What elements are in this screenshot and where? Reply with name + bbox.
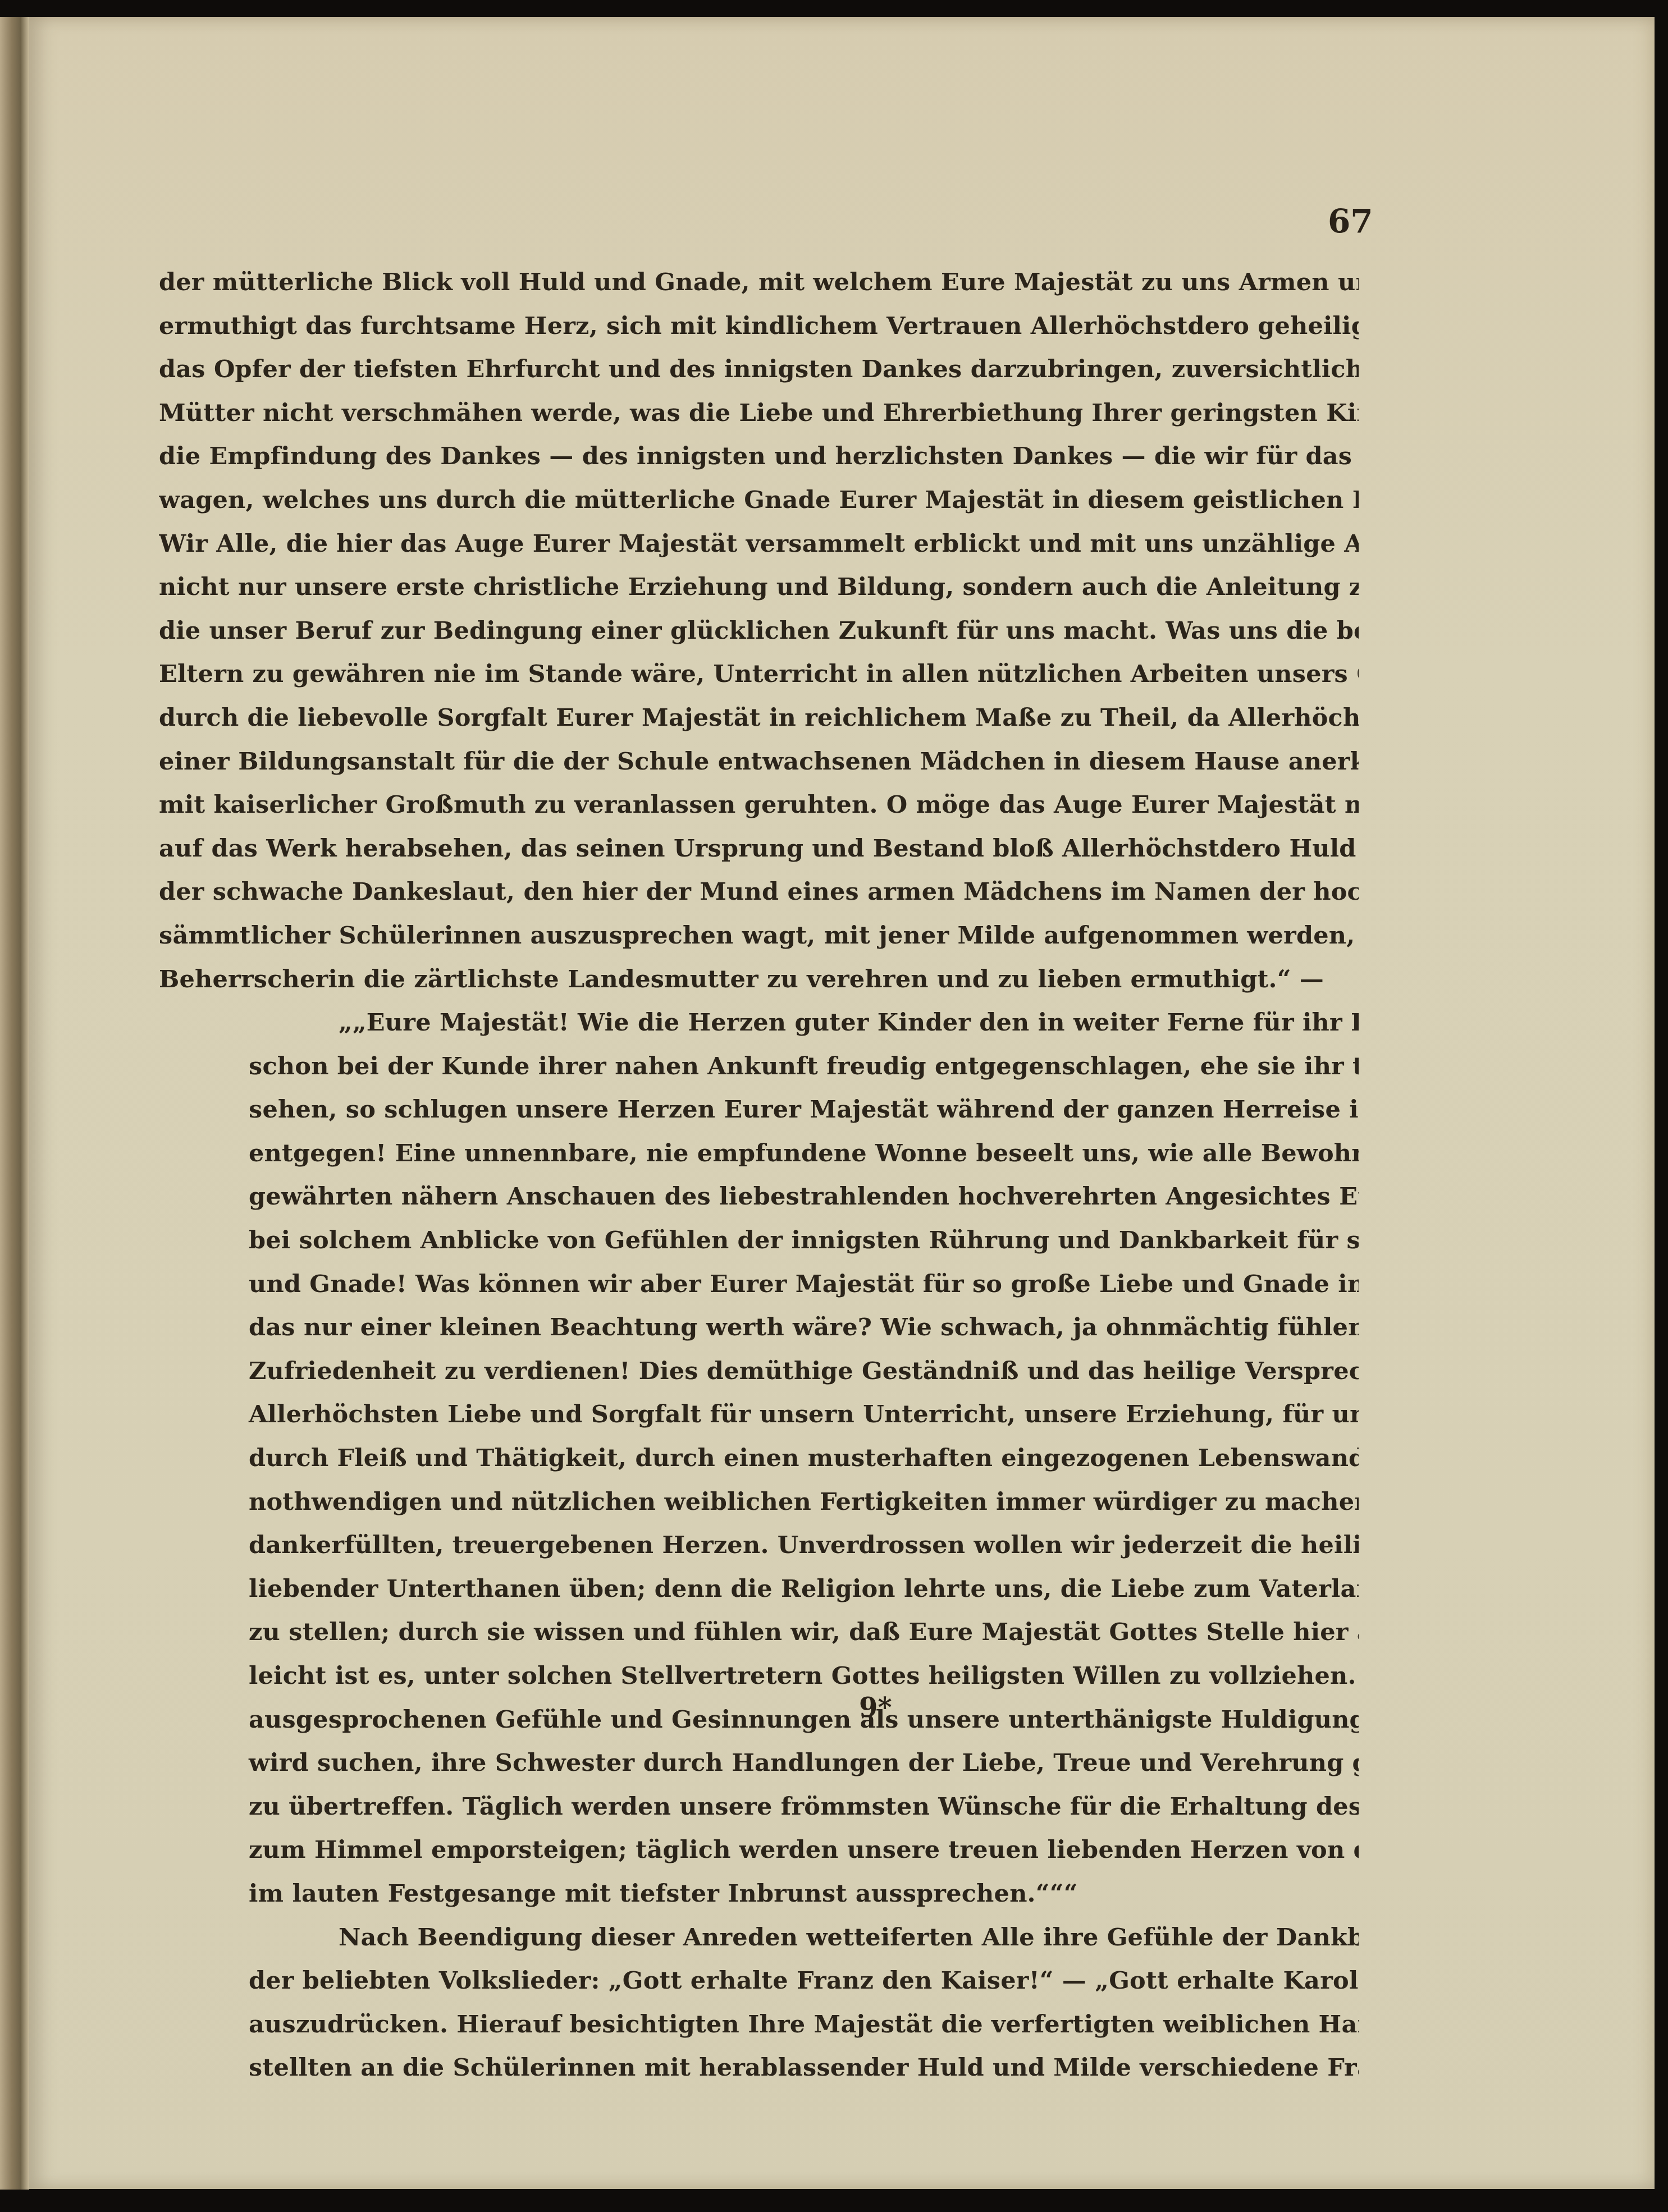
text-line: wird suchen, ihre Schwester durch Handlu… (159, 1742, 1359, 1785)
text-line: Nach Beendigung dieser Anreden wetteifer… (159, 1916, 1359, 1960)
text-line: Mütter nicht verschmähen werde, was die … (159, 392, 1359, 436)
text-line: der beliebten Volkslieder: „Gott erhalte… (159, 1959, 1359, 2003)
text-line: schon bei der Kunde ihrer nahen Ankunft … (159, 1045, 1359, 1089)
text-line: das nur einer kleinen Beachtung werth wä… (159, 1306, 1359, 1350)
text-line: gewährten nähern Anschauen des liebestra… (159, 1175, 1359, 1219)
body-text: der mütterliche Blick voll Huld und Gnad… (159, 261, 1359, 2090)
text-line: durch die liebevolle Sorgfalt Eurer Maje… (159, 697, 1359, 740)
text-line: stellten an die Schülerinnen mit herabla… (159, 2046, 1359, 2090)
text-line: die unser Beruf zur Bedingung einer glüc… (159, 610, 1359, 653)
text-line: das Opfer der tiefsten Ehrfurcht und des… (159, 348, 1359, 392)
text-line: sehen, so schlugen unsere Herzen Eurer M… (159, 1088, 1359, 1132)
text-line: leicht ist es, unter solchen Stellvertre… (159, 1655, 1359, 1698)
text-line: der mütterliche Blick voll Huld und Gnad… (159, 261, 1359, 305)
scan-border-bottom (0, 2190, 1668, 2212)
text-line: auszudrücken. Hierauf besichtigten Ihre … (159, 2003, 1359, 2047)
text-line: Eltern zu gewähren nie im Stande wäre, U… (159, 653, 1359, 697)
text-line: die Empfindung des Dankes — des innigste… (159, 435, 1359, 479)
text-line: Wir Alle, die hier das Auge Eurer Majest… (159, 523, 1359, 566)
text-line: einer Bildungsanstalt für die der Schule… (159, 740, 1359, 784)
text-line: im lauten Festgesange mit tiefster Inbru… (159, 1872, 1359, 1916)
paragraph: „„Eure Majestät! Wie die Herzen guter Ki… (159, 1001, 1359, 1916)
paragraph: Nach Beendigung dieser Anreden wetteifer… (159, 1916, 1359, 2090)
signature-mark: 9* (859, 1692, 892, 1724)
text-line: bei solchem Anblicke von Gefühlen der in… (159, 1219, 1359, 1263)
text-line: nicht nur unsere erste christliche Erzie… (159, 566, 1359, 610)
text-line: „„Eure Majestät! Wie die Herzen guter Ki… (159, 1001, 1359, 1045)
text-line: durch Fleiß und Thätigkeit, durch einen … (159, 1437, 1359, 1481)
paragraph: der mütterliche Blick voll Huld und Gnad… (159, 261, 1359, 1001)
text-line: mit kaiserlicher Großmuth zu veranlassen… (159, 784, 1359, 827)
text-line: und Gnade! Was können wir aber Eurer Maj… (159, 1263, 1359, 1307)
text-line: auf das Werk herabsehen, das seinen Ursp… (159, 827, 1359, 871)
text-line: Beherrscherin die zärtlichste Landesmutt… (159, 958, 1359, 1002)
scan-border-right (1661, 21, 1668, 2188)
text-line: zu stellen; durch sie wissen und fühlen … (159, 1611, 1359, 1655)
text-line: Allerhöchsten Liebe und Sorgfalt für uns… (159, 1393, 1359, 1437)
text-line: ausgesprochenen Gefühle und Gesinnungen … (159, 1698, 1359, 1742)
text-line: wagen, welches uns durch die mütterliche… (159, 479, 1359, 523)
text-line: der schwache Dankeslaut, den hier der Mu… (159, 871, 1359, 914)
text-line: ermuthigt das furchtsame Herz, sich mit … (159, 305, 1359, 349)
book-spine-gutter (0, 17, 29, 2195)
text-line: zu übertreffen. Täglich werden unsere fr… (159, 1785, 1359, 1829)
page-number: 67 (1328, 202, 1373, 240)
text-line: Zufriedenheit zu verdienen! Dies demüthi… (159, 1350, 1359, 1394)
text-line: zum Himmel emporsteigen; täglich werden … (159, 1829, 1359, 1872)
text-line: dankerfüllten, treuergebenen Herzen. Unv… (159, 1524, 1359, 1568)
text-line: sämmtlicher Schülerinnen auszusprechen w… (159, 914, 1359, 958)
text-line: entgegen! Eine unnennbare, nie empfunden… (159, 1132, 1359, 1176)
text-line: liebender Unterthanen üben; denn die Rel… (159, 1568, 1359, 1611)
text-line: nothwendigen und nützlichen weiblichen F… (159, 1481, 1359, 1524)
